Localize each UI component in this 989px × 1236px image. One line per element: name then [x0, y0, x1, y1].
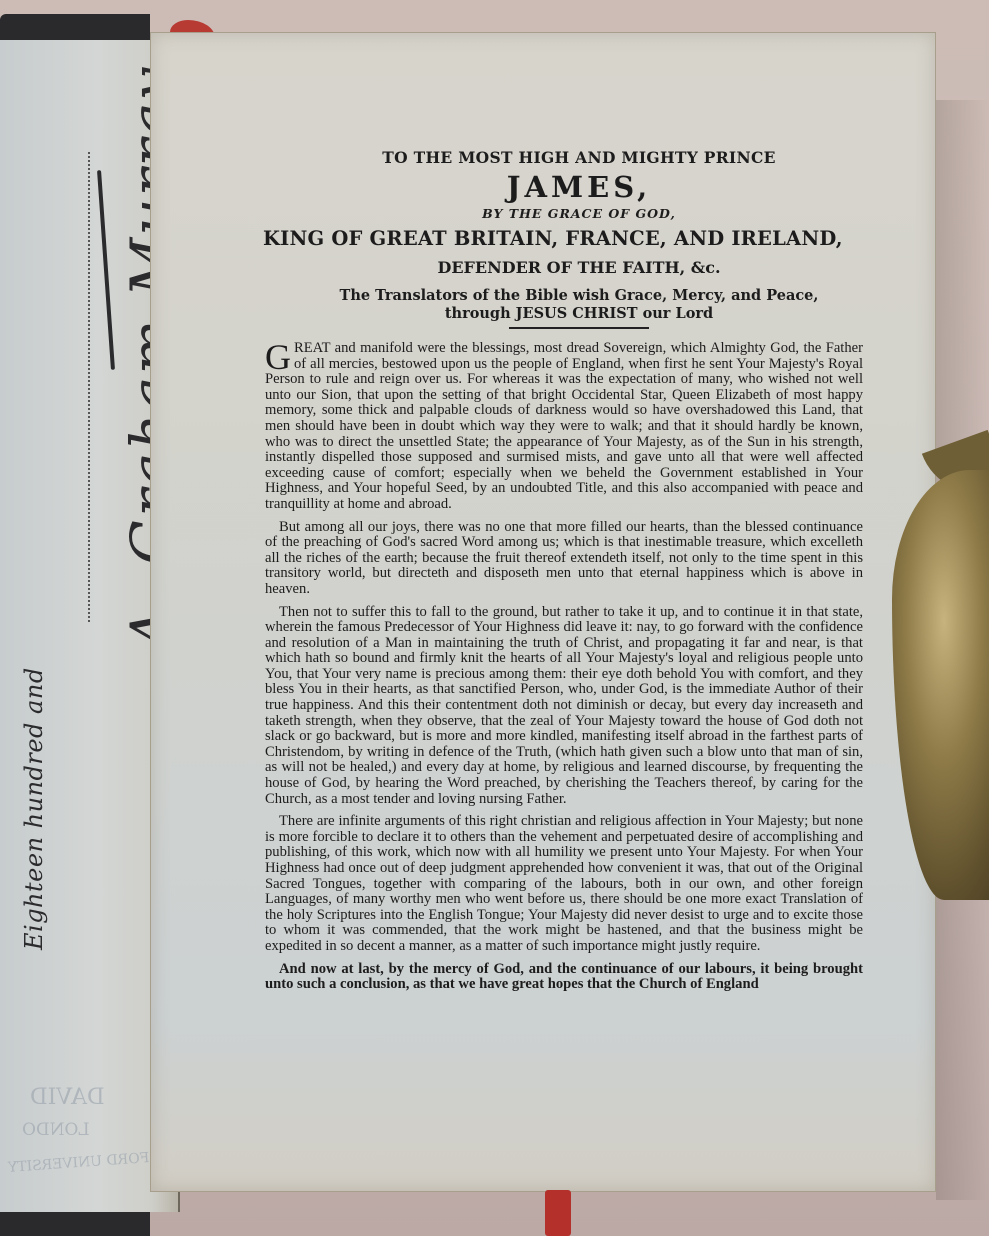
heading-divider — [509, 327, 649, 329]
bleed-through-text: FORD UNIVERSITY — [8, 1150, 150, 1176]
paragraph-1: G REAT and manifold were the blessings, … — [265, 341, 863, 513]
ribbon-marker-bottom — [545, 1190, 571, 1236]
heading-king-title: KING OF GREAT BRITAIN, FRANCE, AND IRELA… — [263, 227, 879, 250]
handwritten-inscription: Eighteen hundred and — [20, 667, 48, 950]
heading-address: TO THE MOST HIGH AND MIGHTY PRINCE — [279, 148, 879, 167]
dedication-page: TO THE MOST HIGH AND MIGHTY PRINCE JAMES… — [150, 32, 936, 1192]
heading-name: JAMES, — [279, 170, 879, 204]
bleed-through-text: DAVID — [30, 1085, 105, 1110]
paragraph-2: But among all our joys, there was no one… — [265, 520, 863, 598]
body-text: G REAT and manifold were the blessings, … — [265, 341, 863, 993]
heading-defender: DEFENDER OF THE FAITH, &c. — [279, 258, 879, 277]
bleed-through-text: LONDO — [22, 1120, 90, 1140]
heading-grace: BY THE GRACE OF GOD, — [279, 206, 879, 221]
paragraph-3: Then not to suffer this to fall to the g… — [265, 605, 863, 808]
drop-cap: G — [265, 343, 294, 371]
heading-translators: The Translators of the Bible wish Grace,… — [279, 287, 879, 323]
signature-dotted-line — [88, 152, 90, 622]
translators-line-2: through JESUS CHRIST our Lord — [279, 305, 879, 323]
translators-line-1: The Translators of the Bible wish Grace,… — [279, 287, 879, 305]
dedication-text-block: TO THE MOST HIGH AND MIGHTY PRINCE JAMES… — [279, 148, 879, 1000]
signature-underline — [97, 170, 115, 370]
paragraph-5: And now at last, by the mercy of God, an… — [265, 962, 863, 993]
paragraph-4: There are infinite arguments of this rig… — [265, 814, 863, 954]
paragraph-text: REAT and manifold were the blessings, mo… — [265, 340, 863, 512]
